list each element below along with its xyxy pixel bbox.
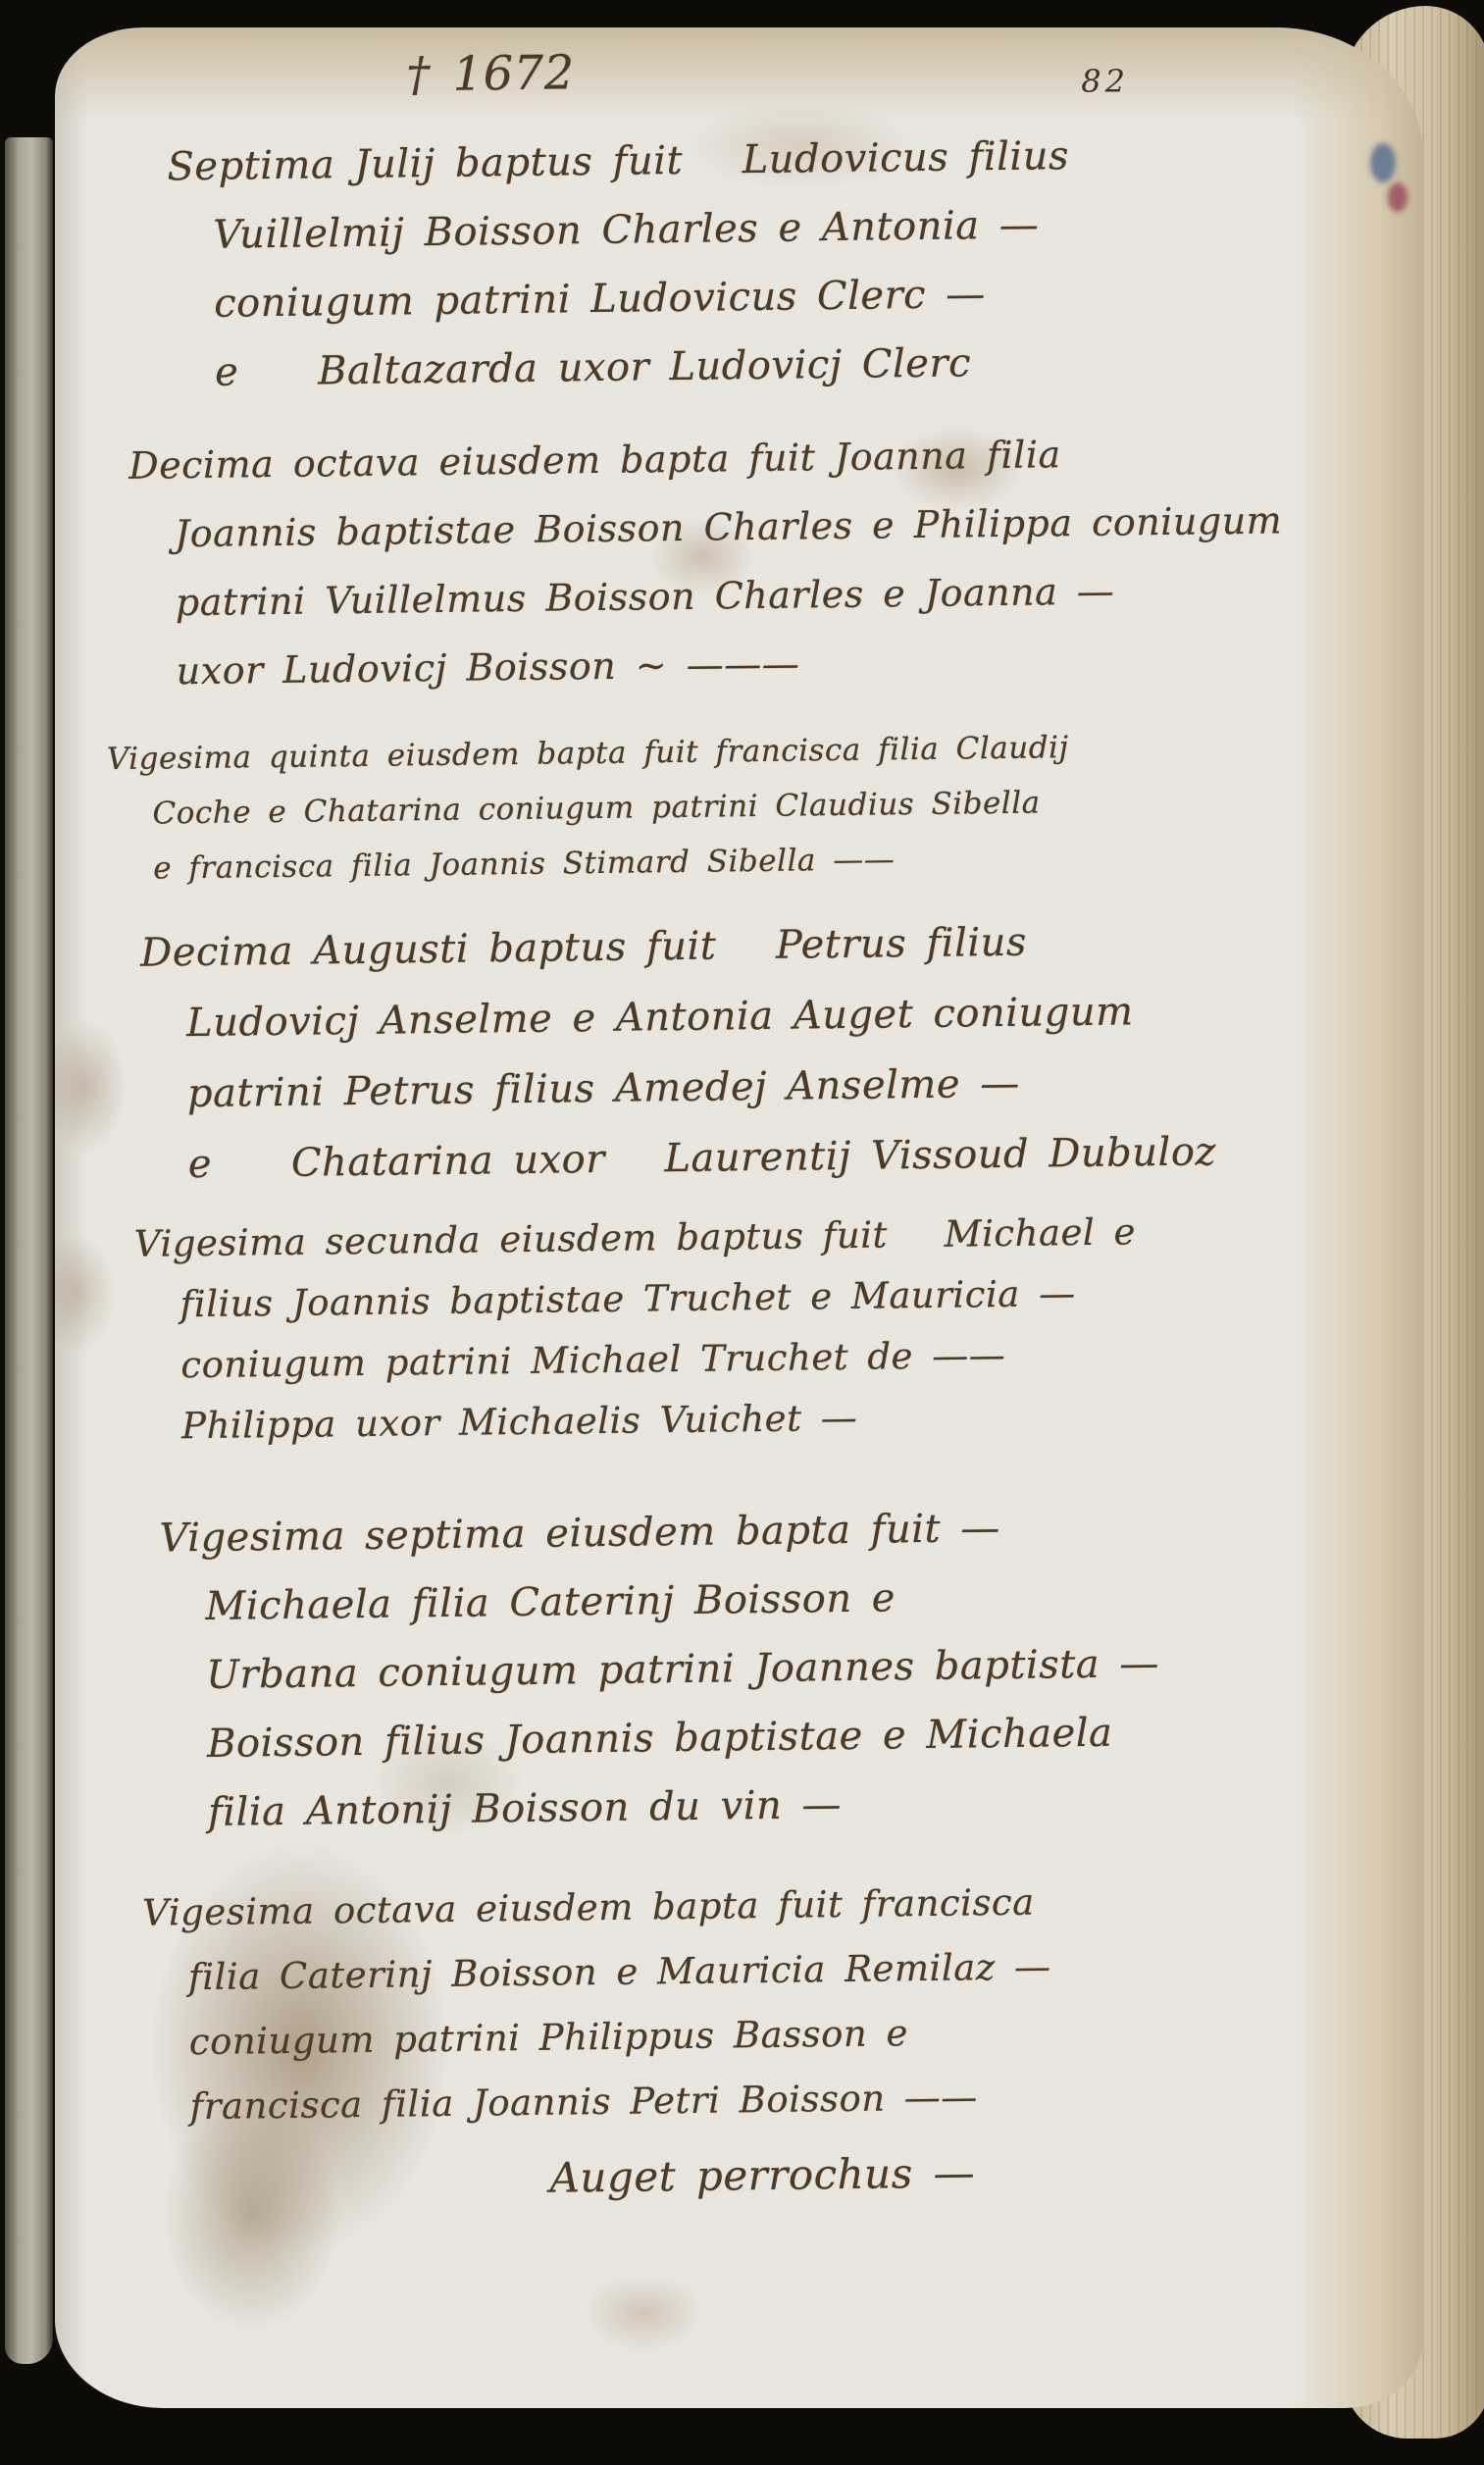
manuscript-line: e Baltazarda uxor Ludovicj Clerc <box>215 324 1362 406</box>
year-heading: † 1672 <box>406 33 1358 104</box>
manuscript-line: e Chatarina uxor Laurentij Vissoud Dubul… <box>187 1114 1371 1200</box>
bookmark-speck-blue <box>1370 143 1396 182</box>
baptism-entry: Vigesima quinta eiusdem bapta fuit franc… <box>107 716 1368 897</box>
bookmark-speck-red <box>1388 182 1407 212</box>
photo-of-manuscript: 82 † 1672 Septima Julij baptus fuit Ludo… <box>0 0 1484 2465</box>
manuscript-line: uxor Ludovicj Boisson ~ ——— <box>176 622 1365 705</box>
manuscript-line: francisca filia Joannis Petri Boisson —— <box>189 2060 1383 2139</box>
baptism-entry: Septima Julij baptus fuit Ludovicus fili… <box>167 118 1361 407</box>
priest-signature: Auget perrochus — <box>549 2136 1384 2209</box>
baptism-entry: Decima octava eiusdem bapta fuit Joanna … <box>128 416 1365 705</box>
baptism-entry: Vigesima septima eiusdem bapta fuit — Mi… <box>159 1489 1379 1847</box>
manuscript-text: † 1672 Septima Julij baptus fuit Ludovic… <box>112 33 1384 2214</box>
manuscript-line: filia Antonij Boisson du vin — <box>208 1764 1380 1847</box>
facing-page-edge <box>5 137 53 2364</box>
baptism-entry: Decima Augusti baptus fuit Petrus filius… <box>140 902 1371 1200</box>
baptism-entry: Vigesima secunda eiusdem baptus fuit Mic… <box>134 1199 1375 1457</box>
baptism-entry: Vigesima octava eiusdem bapta fuit franc… <box>142 1866 1383 2139</box>
manuscript-page: 82 † 1672 Septima Julij baptus fuit Ludo… <box>55 27 1423 2408</box>
manuscript-line: Joannis baptistae Boisson Charles e Phil… <box>175 485 1364 568</box>
